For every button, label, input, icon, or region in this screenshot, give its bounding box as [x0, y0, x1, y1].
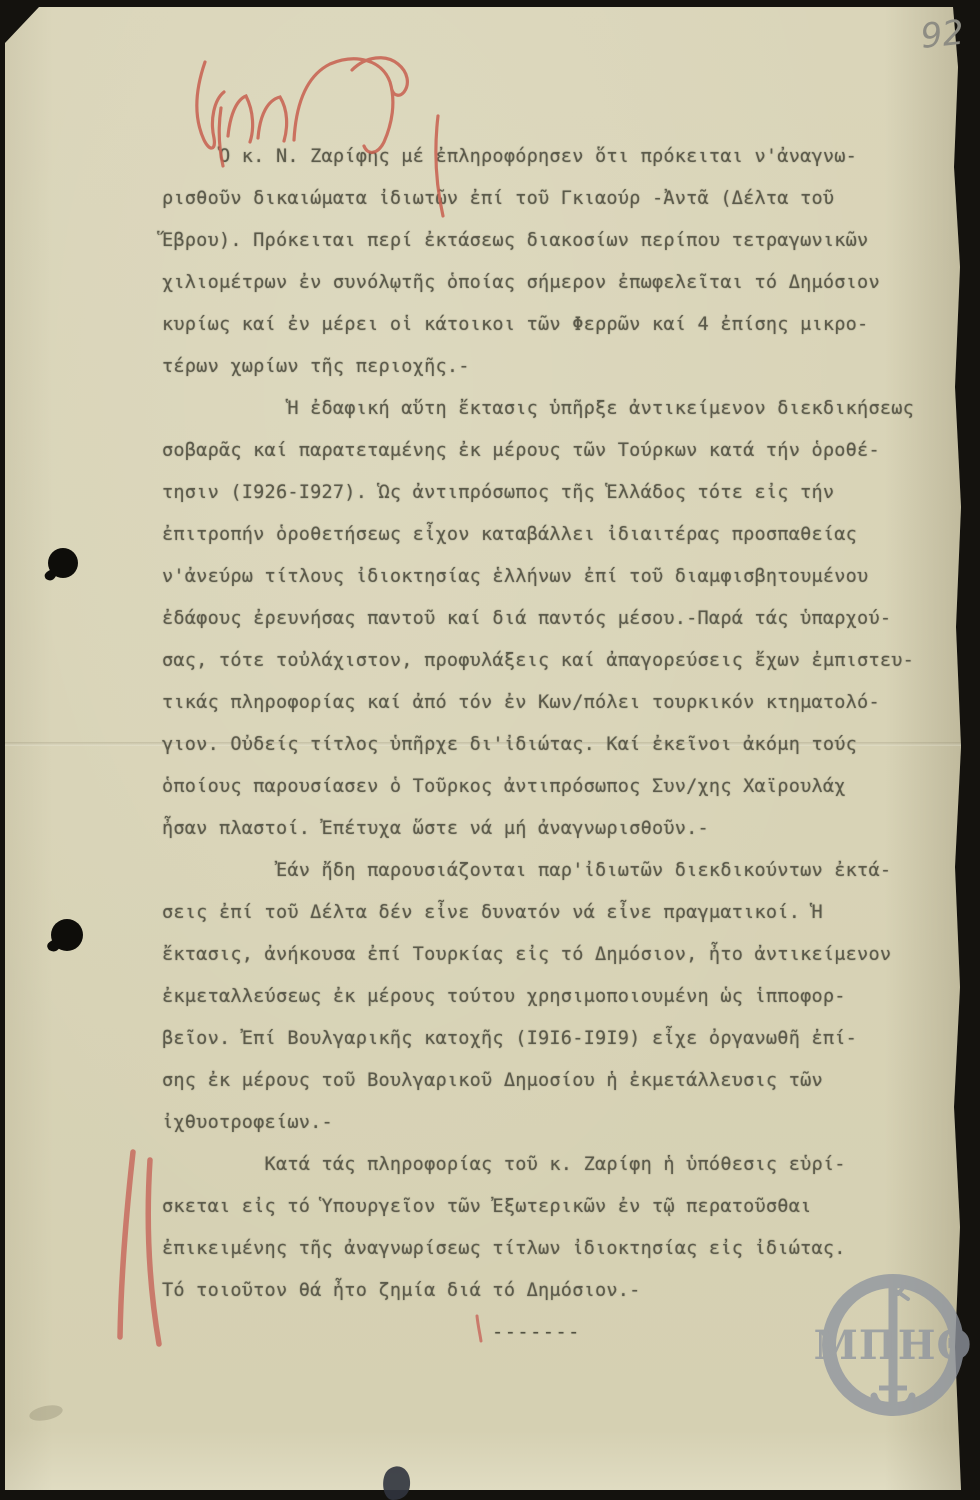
- paragraph-3: Ἐάν ἤδη παρουσιάζονται παρ'ἰδιωτῶν διεκδ…: [162, 850, 914, 1144]
- typewritten-text: Ὁ κ. Ν. Ζαρίφης μέ ἐπληροφόρησεν ὅτι πρό…: [162, 136, 914, 1312]
- paragraph-2: Ἡ ἐδαφική αὕτη ἔκτασις ὑπῆρξε ἀντικείμεν…: [162, 388, 914, 850]
- paragraph-4: Κατά τάς πληροφορίας τοῦ κ. Ζαρίφη ἡ ὑπό…: [162, 1144, 914, 1312]
- paragraph-1: Ὁ κ. Ν. Ζαρίφης μέ ἐπληροφόρησεν ὅτι πρό…: [162, 136, 914, 388]
- document-scan: { "page": { "number": "92" }, "document"…: [0, 0, 980, 1500]
- separator-dashes: -------: [492, 1312, 581, 1354]
